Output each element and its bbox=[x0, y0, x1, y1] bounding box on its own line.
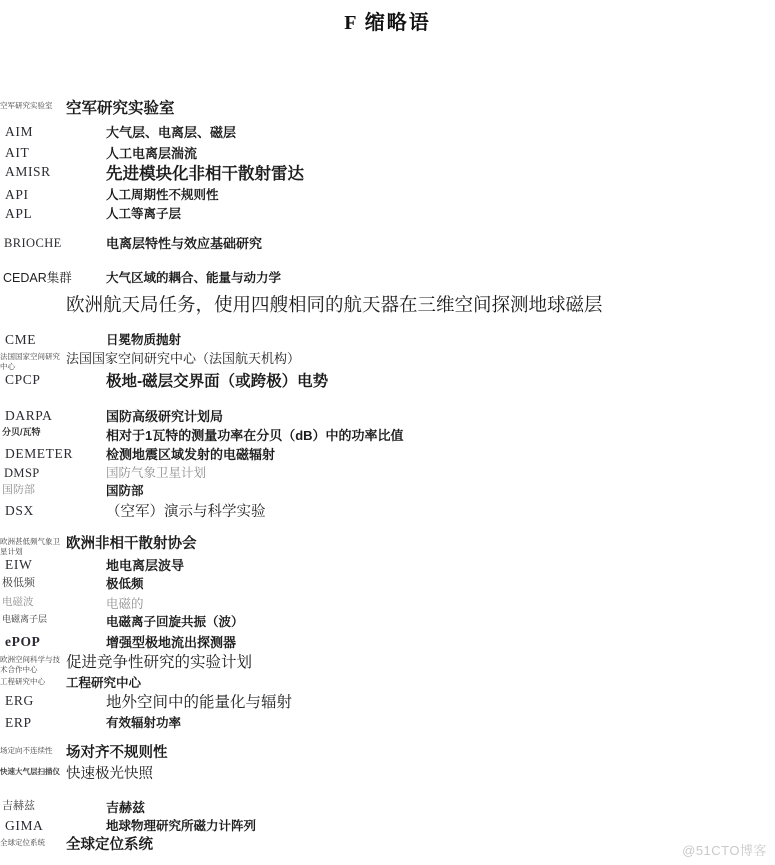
abbreviation-term: 欧洲空间科学与技术合作中心 bbox=[0, 652, 66, 674]
definition-text: 工程研究中心 bbox=[66, 674, 775, 692]
definition-text: 欧洲航天局任务，使用四艘相同的航天器在三维空间探测地球磁层 bbox=[66, 291, 775, 318]
glossary-row: 电磁波电磁的 bbox=[0, 595, 775, 613]
definition-text: 地外空间中的能量化与辐射 bbox=[106, 692, 775, 714]
definition-text: 地球物理研究所磁力计阵列 bbox=[106, 817, 775, 835]
glossary-list: 空军研究实验室空军研究实验室AIM大气层、电离层、磁层AIT人工电离层湍流AMI… bbox=[0, 98, 775, 856]
definition-text: 促进竞争性研究的实验计划 bbox=[66, 652, 775, 674]
glossary-row: CPCP极地-磁层交界面（或跨极）电势 bbox=[0, 371, 775, 393]
glossary-row: AIM大气层、电离层、磁层 bbox=[0, 123, 775, 142]
abbreviation-term: 快速大气层扫描仪 bbox=[0, 764, 66, 777]
abbreviation-term: DEMETER bbox=[0, 445, 106, 463]
glossary-row: AMISR先进模块化非相干散射雷达 bbox=[0, 163, 775, 186]
abbreviation-term: DMSP bbox=[0, 464, 106, 482]
abbreviation-term: CME bbox=[0, 331, 106, 349]
glossary-row: 极低频极低频 bbox=[0, 575, 775, 593]
abbreviation-term: AMISR bbox=[0, 163, 106, 181]
abbreviation-term: APL bbox=[0, 205, 106, 223]
glossary-row: DMSP国防气象卫星计划 bbox=[0, 464, 775, 482]
glossary-row: ERG地外空间中的能量化与辐射 bbox=[0, 692, 775, 714]
definition-text: 空军研究实验室 bbox=[66, 98, 775, 120]
abbreviation-term: ERP bbox=[0, 714, 106, 732]
definition-text: 有效辐射功率 bbox=[106, 714, 775, 732]
glossary-row: DARPA国防高级研究计划局 bbox=[0, 407, 775, 426]
definition-text: 极地-磁层交界面（或跨极）电势 bbox=[106, 371, 775, 393]
abbreviation-term: EIW bbox=[0, 556, 106, 574]
definition-text: 人工周期性不规则性 bbox=[106, 186, 775, 204]
glossary-row: 欧洲空间科学与技术合作中心促进竞争性研究的实验计划 bbox=[0, 652, 775, 674]
glossary-row: 全球定位系统全球定位系统 bbox=[0, 835, 775, 856]
definition-text: 日冕物质抛射 bbox=[106, 331, 775, 349]
definition-text: 大气区域的耦合、能量与动力学 bbox=[106, 269, 775, 287]
glossary-row: GIMA地球物理研究所磁力计阵列 bbox=[0, 817, 775, 835]
glossary-row: 工程研究中心工程研究中心 bbox=[0, 674, 775, 692]
definition-text: 极低频 bbox=[106, 575, 775, 593]
abbreviation-term: 电磁离子层 bbox=[0, 613, 106, 626]
abbreviation-term: 吉赫兹 bbox=[0, 798, 106, 814]
glossary-row: 快速大气层扫描仪快速极光快照 bbox=[0, 764, 775, 785]
definition-text: 相对于1瓦特的测量功率在分贝（dB）中的功率比值 bbox=[106, 426, 775, 445]
glossary-row: API人工周期性不规则性 bbox=[0, 186, 775, 204]
definition-text: 增强型极地流出探测器 bbox=[106, 633, 775, 652]
definition-text: 全球定位系统 bbox=[66, 835, 775, 856]
abbreviation-term: 欧洲甚低频气象卫星计划 bbox=[0, 534, 66, 556]
glossary-row: CME日冕物质抛射 bbox=[0, 331, 775, 349]
glossary-row: 场定向不连续性场对齐不规则性 bbox=[0, 743, 775, 764]
abbreviation-term: BRIOCHE bbox=[0, 234, 106, 252]
abbreviation-term: 国防部 bbox=[0, 482, 106, 498]
abbreviation-term: 法国国家空间研究中心 bbox=[0, 349, 66, 371]
glossary-row: APL人工等离子层 bbox=[0, 205, 775, 223]
glossary-row: 法国国家空间研究中心法国国家空间研究中心（法国航天机构） bbox=[0, 349, 775, 371]
glossary-row: 吉赫兹吉赫兹 bbox=[0, 798, 775, 817]
definition-text: 检测地震区域发射的电磁辐射 bbox=[106, 445, 775, 464]
definition-text: 人工等离子层 bbox=[106, 205, 775, 223]
definition-text: 人工电离层湍流 bbox=[106, 144, 775, 163]
document-page: { "page": { "title": "F 缩略语", "watermark… bbox=[0, 0, 775, 865]
definition-text: 国防高级研究计划局 bbox=[106, 407, 775, 426]
definition-text: 电磁的 bbox=[106, 595, 775, 613]
glossary-row: 分贝/瓦特相对于1瓦特的测量功率在分贝（dB）中的功率比值 bbox=[0, 426, 775, 445]
abbreviation-term: CPCP bbox=[0, 371, 106, 389]
abbreviation-term: API bbox=[0, 186, 106, 204]
abbreviation-term: 极低频 bbox=[0, 575, 106, 591]
definition-text: 快速极光快照 bbox=[66, 764, 775, 785]
abbreviation-term: AIT bbox=[0, 144, 106, 162]
definition-text: 吉赫兹 bbox=[106, 798, 775, 817]
glossary-row: ERP有效辐射功率 bbox=[0, 714, 775, 732]
glossary-row: BRIOCHE电离层特性与效应基础研究 bbox=[0, 234, 775, 253]
glossary-row: 空军研究实验室空军研究实验室 bbox=[0, 98, 775, 120]
definition-text: 电离层特性与效应基础研究 bbox=[106, 234, 775, 253]
abbreviation-term: 空军研究实验室 bbox=[0, 98, 66, 111]
abbreviation-term: 分贝/瓦特 bbox=[0, 426, 106, 439]
glossary-row: CEDAR集群大气区域的耦合、能量与动力学 bbox=[0, 269, 775, 287]
glossary-row: 电磁离子层电磁离子回旋共振（波） bbox=[0, 613, 775, 631]
abbreviation-term: ERG bbox=[0, 692, 106, 710]
glossary-row: DSX（空军）演示与科学实验 bbox=[0, 502, 775, 523]
abbreviation-term: AIM bbox=[0, 123, 106, 141]
abbreviation-term: GIMA bbox=[0, 817, 106, 835]
definition-text: 国防部 bbox=[106, 482, 775, 500]
definition-text: 先进模块化非相干散射雷达 bbox=[106, 163, 775, 186]
definition-text: 大气层、电离层、磁层 bbox=[106, 123, 775, 142]
abbreviation-term: 工程研究中心 bbox=[0, 674, 66, 687]
definition-text: 地电离层波导 bbox=[106, 556, 775, 575]
abbreviation-term: 场定向不连续性 bbox=[0, 743, 66, 756]
abbreviation-term: ePOP bbox=[0, 633, 106, 651]
glossary-row: 国防部国防部 bbox=[0, 482, 775, 500]
abbreviation-term: CEDAR集群 bbox=[0, 269, 106, 287]
abbreviation-term: 全球定位系统 bbox=[0, 835, 66, 848]
definition-text: 场对齐不规则性 bbox=[66, 743, 775, 764]
glossary-row: AIT人工电离层湍流 bbox=[0, 144, 775, 163]
definition-text: 法国国家空间研究中心（法国航天机构） bbox=[66, 349, 775, 368]
abbreviation-term: DSX bbox=[0, 502, 106, 520]
glossary-row: ePOP增强型极地流出探测器 bbox=[0, 633, 775, 652]
page-title: F 缩略语 bbox=[0, 6, 775, 35]
abbreviation-term: 电磁波 bbox=[0, 595, 106, 610]
glossary-row: DEMETER检测地震区域发射的电磁辐射 bbox=[0, 445, 775, 464]
definition-text: 电磁离子回旋共振（波） bbox=[106, 613, 775, 631]
definition-text: 欧洲非相干散射协会 bbox=[66, 534, 775, 555]
abbreviation-term: DARPA bbox=[0, 407, 106, 425]
glossary-row: EIW地电离层波导 bbox=[0, 556, 775, 575]
abbreviation-term bbox=[0, 291, 66, 294]
definition-text: 国防气象卫星计划 bbox=[106, 464, 775, 482]
glossary-row: 欧洲甚低频气象卫星计划欧洲非相干散射协会 bbox=[0, 534, 775, 556]
definition-text: （空军）演示与科学实验 bbox=[106, 502, 775, 523]
glossary-row: 欧洲航天局任务，使用四艘相同的航天器在三维空间探测地球磁层 bbox=[0, 291, 775, 318]
watermark: @51CTO博客 bbox=[682, 840, 767, 859]
